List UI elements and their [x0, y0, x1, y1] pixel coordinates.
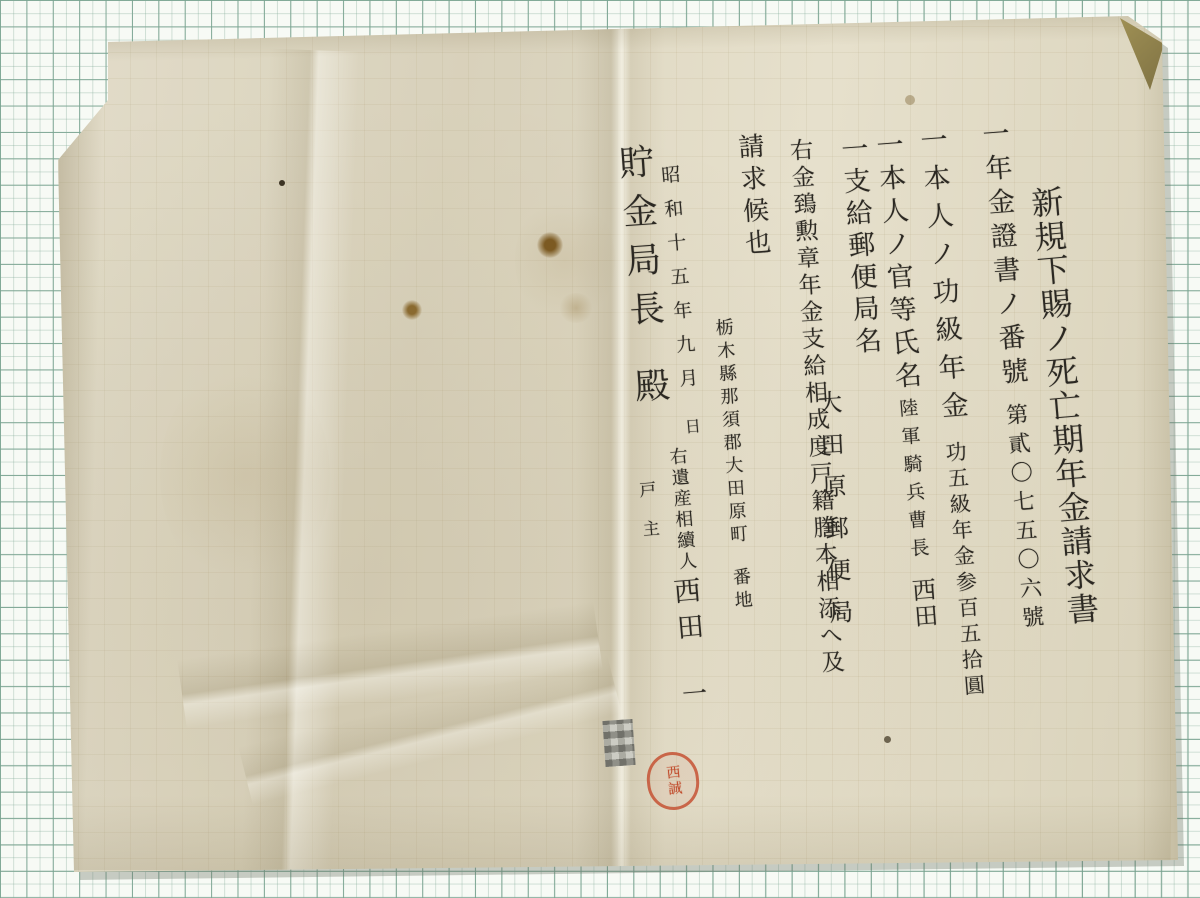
paper-document: 新規下賜ノ死亡期年金請求書 一年金證書ノ番號第貳〇七五〇六號 一本人ノ功級年金功…	[0, 0, 1200, 898]
signer-given-end: 一	[678, 679, 709, 706]
recipient-honorific: 殿	[628, 366, 670, 404]
bottom-wrinkle-2	[238, 655, 621, 805]
bottom-wrinkle	[177, 601, 603, 729]
faint-stain	[558, 293, 594, 323]
photo-of-document: 新規下賜ノ死亡期年金請求書 一年金證書ノ番號第貳〇七五〇六號 一本人ノ功級年金功…	[0, 0, 1200, 898]
small-spot	[905, 95, 915, 105]
item2-label: 一本人ノ功級年金	[915, 125, 970, 430]
tea-stain	[160, 360, 330, 590]
item1-label: 一年金證書ノ番號	[977, 119, 1029, 393]
dark-speck-2	[884, 736, 891, 743]
tea-stain-2	[515, 195, 615, 325]
folded-corner	[1118, 16, 1166, 92]
heir-text: 右遺産相續人	[666, 446, 698, 573]
seal-text: 西誠	[663, 764, 683, 798]
statement2-text: 請求候也	[733, 132, 772, 262]
address-column: 栃木縣那須郡大田原町番地	[713, 317, 752, 614]
top-edge-shade	[95, 0, 1166, 62]
signer-name-column: 西田一	[670, 576, 708, 707]
address-suffix: 番地	[729, 567, 753, 614]
statement-line-2: 請求候也	[735, 132, 770, 262]
censor-block-extra	[602, 719, 635, 767]
ink-stain	[537, 232, 563, 258]
date-day: 日	[682, 417, 702, 435]
ink-stain-2	[402, 300, 422, 320]
left-page-shade	[58, 14, 618, 894]
signer-surname: 西田	[668, 576, 705, 650]
householder-label: 戸主	[636, 480, 660, 559]
red-personal-seal: 西誠	[644, 749, 702, 812]
item2-value: 功五級年金参百五拾圓	[942, 440, 986, 701]
householder-text: 戸主	[635, 480, 662, 559]
dark-speck	[279, 180, 285, 186]
item3-surname: 西田	[907, 577, 939, 631]
item3-rank: 陸軍騎兵曹長	[896, 397, 931, 566]
bottom-edge-shade	[70, 795, 1170, 870]
left-edge-shade	[40, 95, 105, 881]
left-page-crease	[241, 49, 360, 882]
heir-line: 右遺産相續人	[667, 446, 696, 573]
address-text: 栃木縣那須郡大田原町	[712, 317, 749, 548]
item1-value: 第貳〇七五〇六號	[1002, 402, 1045, 635]
